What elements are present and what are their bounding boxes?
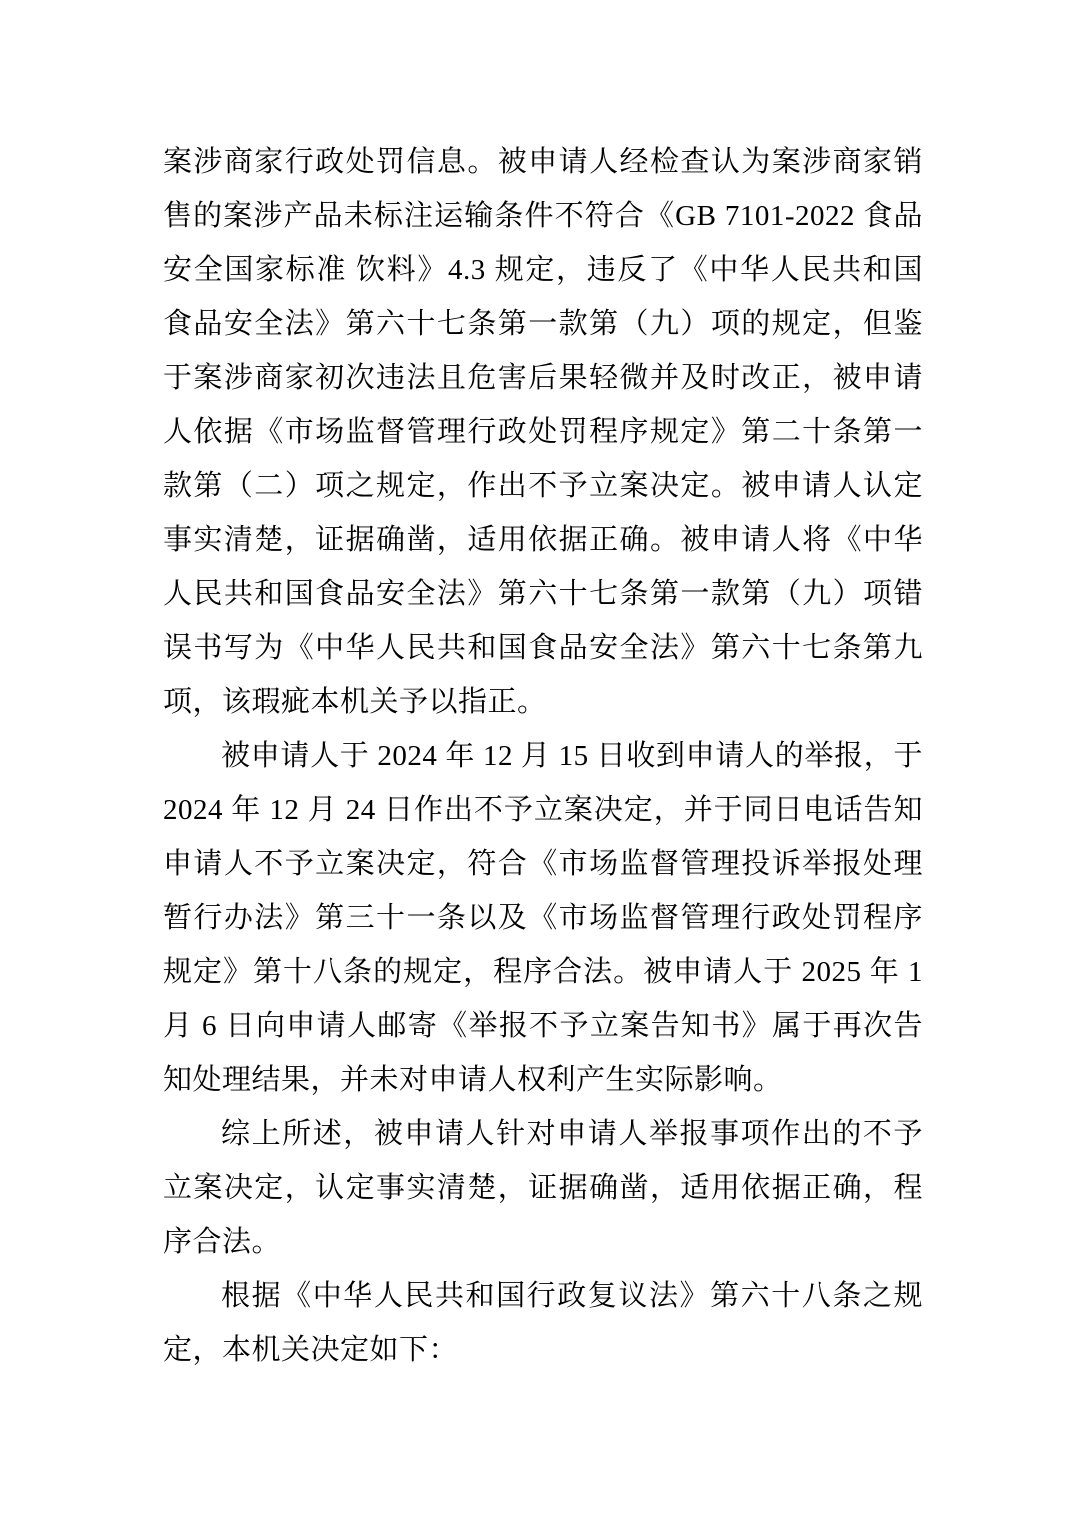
paragraph-decision-basis: 根据《中华人民共和国行政复议法》第六十八条之规定，本机关决定如下： [163, 1269, 923, 1377]
paragraph-penalty-review-findings: 案涉商家行政处罚信息。被申请人经检查认为案涉商家销售的案涉产品未标注运输条件不符… [163, 135, 923, 729]
paragraph-procedure-timeline: 被申请人于 2024 年 12 月 15 日收到申请人的举报，于 2024 年 … [163, 729, 923, 1107]
document-page: 案涉商家行政处罚信息。被申请人经检查认为案涉商家销售的案涉产品未标注运输条件不符… [0, 0, 1074, 1520]
paragraph-summary-conclusion: 综上所述，被申请人针对申请人举报事项作出的不予立案决定，认定事实清楚，证据确凿，… [163, 1107, 923, 1269]
document-body: 案涉商家行政处罚信息。被申请人经检查认为案涉商家销售的案涉产品未标注运输条件不符… [163, 135, 923, 1377]
